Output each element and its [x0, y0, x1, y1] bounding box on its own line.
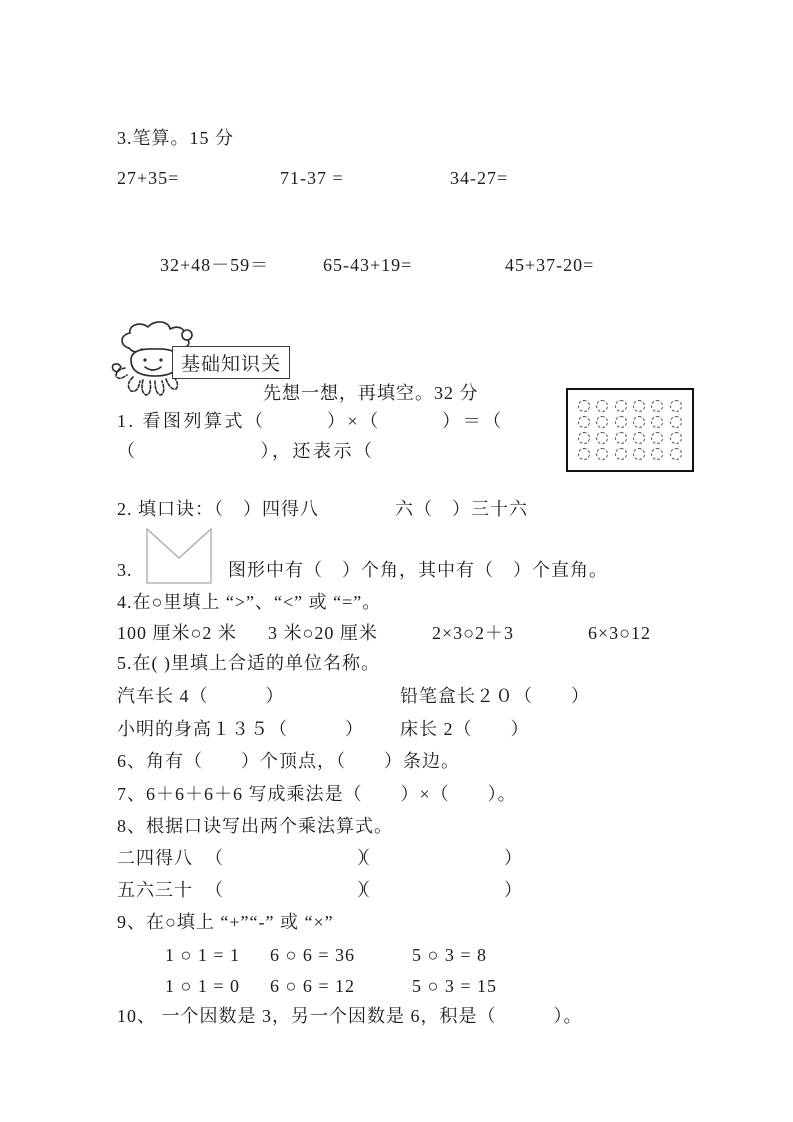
flower-icon: [670, 416, 682, 428]
question-8-row-2: 五六三十 （ ） （ ）: [0, 878, 793, 904]
calc-expression: 34-27=: [450, 166, 508, 190]
worksheet-page: 3.笔算。15 分 27+35= 71-37 = 34-27= 32+48－59…: [0, 0, 793, 1122]
question-4: 4.在○里填上 “>”、“<” 或 “=”。: [117, 590, 381, 614]
flower-icon: [651, 448, 663, 460]
flower-icon: [670, 432, 682, 444]
unit-blank-item: 汽车长 4（ ）: [117, 684, 285, 708]
flower-icon: [633, 400, 645, 412]
answer-blank: （ ）: [205, 878, 376, 902]
unit-blank-item: 铅笔盒长２０（ ）: [400, 684, 590, 708]
unit-blank-item: 床长 2（ ）: [400, 717, 530, 741]
calc-expression: 65-43+19=: [323, 253, 412, 277]
question-5-row-1: 汽车长 4（ ） 铅笔盒长２０（ ）: [0, 684, 793, 710]
flower-icon: [615, 432, 627, 444]
calc-expression: 45+37-20=: [505, 253, 594, 277]
question-10: 10、 一个因数是 3，另一个因数是 6，积是（ ）。: [117, 1004, 583, 1028]
flower-icon: [578, 432, 590, 444]
flower-grid: [566, 388, 694, 472]
question-8-row-1: 二四得八 （ ） （ ）: [0, 846, 793, 872]
flower-icon: [596, 432, 608, 444]
flower-icon: [633, 416, 645, 428]
calc-expression: 32+48－59＝: [160, 253, 269, 277]
question-2: 2. 填口诀：（ ）四得八 六（ ）三十六: [117, 497, 528, 521]
calc-expression: 71-37 =: [280, 166, 344, 190]
equation-item: 1 ○ 1 = 1: [165, 943, 240, 967]
answer-blank: （ ）: [352, 846, 523, 870]
equation-item: 6 ○ 6 = 36: [270, 943, 355, 967]
flower-icon: [578, 400, 590, 412]
compare-item: 3 米○20 厘米: [268, 621, 378, 645]
question-5-row-2: 小明的身高１３５（ ） 床长 2（ ）: [0, 717, 793, 743]
mnemonic-label: 二四得八: [117, 846, 193, 870]
question-1-line-2: （ ），还表示（ ）。: [117, 439, 612, 463]
calc-row-2: 32+48－59＝ 65-43+19= 45+37-20=: [0, 253, 793, 279]
flower-icon: [633, 432, 645, 444]
question-8: 8、根据口诀写出两个乘法算式。: [117, 814, 393, 838]
calc-heading: 3.笔算。15 分: [117, 126, 234, 150]
compare-item: 100 厘米○2 米: [117, 621, 237, 645]
compare-item: 6×3○12: [588, 621, 651, 645]
question-9-row-1: 1 ○ 1 = 1 6 ○ 6 = 36 5 ○ 3 = 8: [0, 943, 793, 969]
question-3-text: 图形中有（ ）个角，其中有（ ）个直角。: [228, 558, 608, 582]
flower-icon: [578, 448, 590, 460]
flower-icon: [615, 416, 627, 428]
equation-item: 5 ○ 3 = 8: [412, 943, 487, 967]
compare-item: 2×3○2＋3: [432, 621, 514, 645]
flower-icon: [670, 448, 682, 460]
mnemonic-label: 五六三十: [117, 878, 193, 902]
flower-icon: [596, 416, 608, 428]
flower-icon: [670, 400, 682, 412]
flower-icon: [651, 416, 663, 428]
question-6: 6、角有（ ）个顶点，（ ）条边。: [117, 749, 460, 773]
notched-square-shape-icon: [146, 527, 214, 585]
flower-icon: [578, 416, 590, 428]
flower-icon: [615, 400, 627, 412]
question-4-items: 100 厘米○2 米 3 米○20 厘米 2×3○2＋3 6×3○12: [0, 621, 793, 647]
section-badge-label: 基础知识关: [181, 354, 281, 375]
flower-icon: [596, 400, 608, 412]
calc-expression: 27+35=: [117, 166, 179, 190]
equation-item: 6 ○ 6 = 12: [270, 974, 355, 998]
flower-icon: [633, 448, 645, 460]
flower-icon: [651, 400, 663, 412]
question-7: 7、6＋6＋6＋6 写成乘法是（ ）×（ ）。: [117, 782, 517, 806]
question-9: 9、在○填上 “+”“-” 或 “×”: [117, 910, 334, 934]
answer-blank: （ ）: [205, 846, 376, 870]
equation-item: 5 ○ 3 = 15: [412, 974, 497, 998]
question-5: 5.在( )里填上合适的单位名称。: [117, 651, 380, 675]
flower-icon: [596, 448, 608, 460]
question-9-row-2: 1 ○ 1 = 0 6 ○ 6 = 12 5 ○ 3 = 15: [0, 974, 793, 1000]
fill-intro: 先想一想，再填空。32 分: [263, 381, 479, 405]
answer-blank: （ ）: [352, 878, 523, 902]
calc-row-1: 27+35= 71-37 = 34-27=: [0, 166, 793, 192]
equation-item: 1 ○ 1 = 0: [165, 974, 240, 998]
unit-blank-item: 小明的身高１３５（ ）: [117, 717, 364, 741]
section-badge: 基础知识关: [172, 346, 290, 379]
question-1-line-1: 1. 看图列算式（ ）×（ ）＝（ ），表示: [117, 409, 638, 433]
flower-icon: [651, 432, 663, 444]
question-3-number: 3.: [117, 558, 133, 582]
flower-icon: [615, 448, 627, 460]
